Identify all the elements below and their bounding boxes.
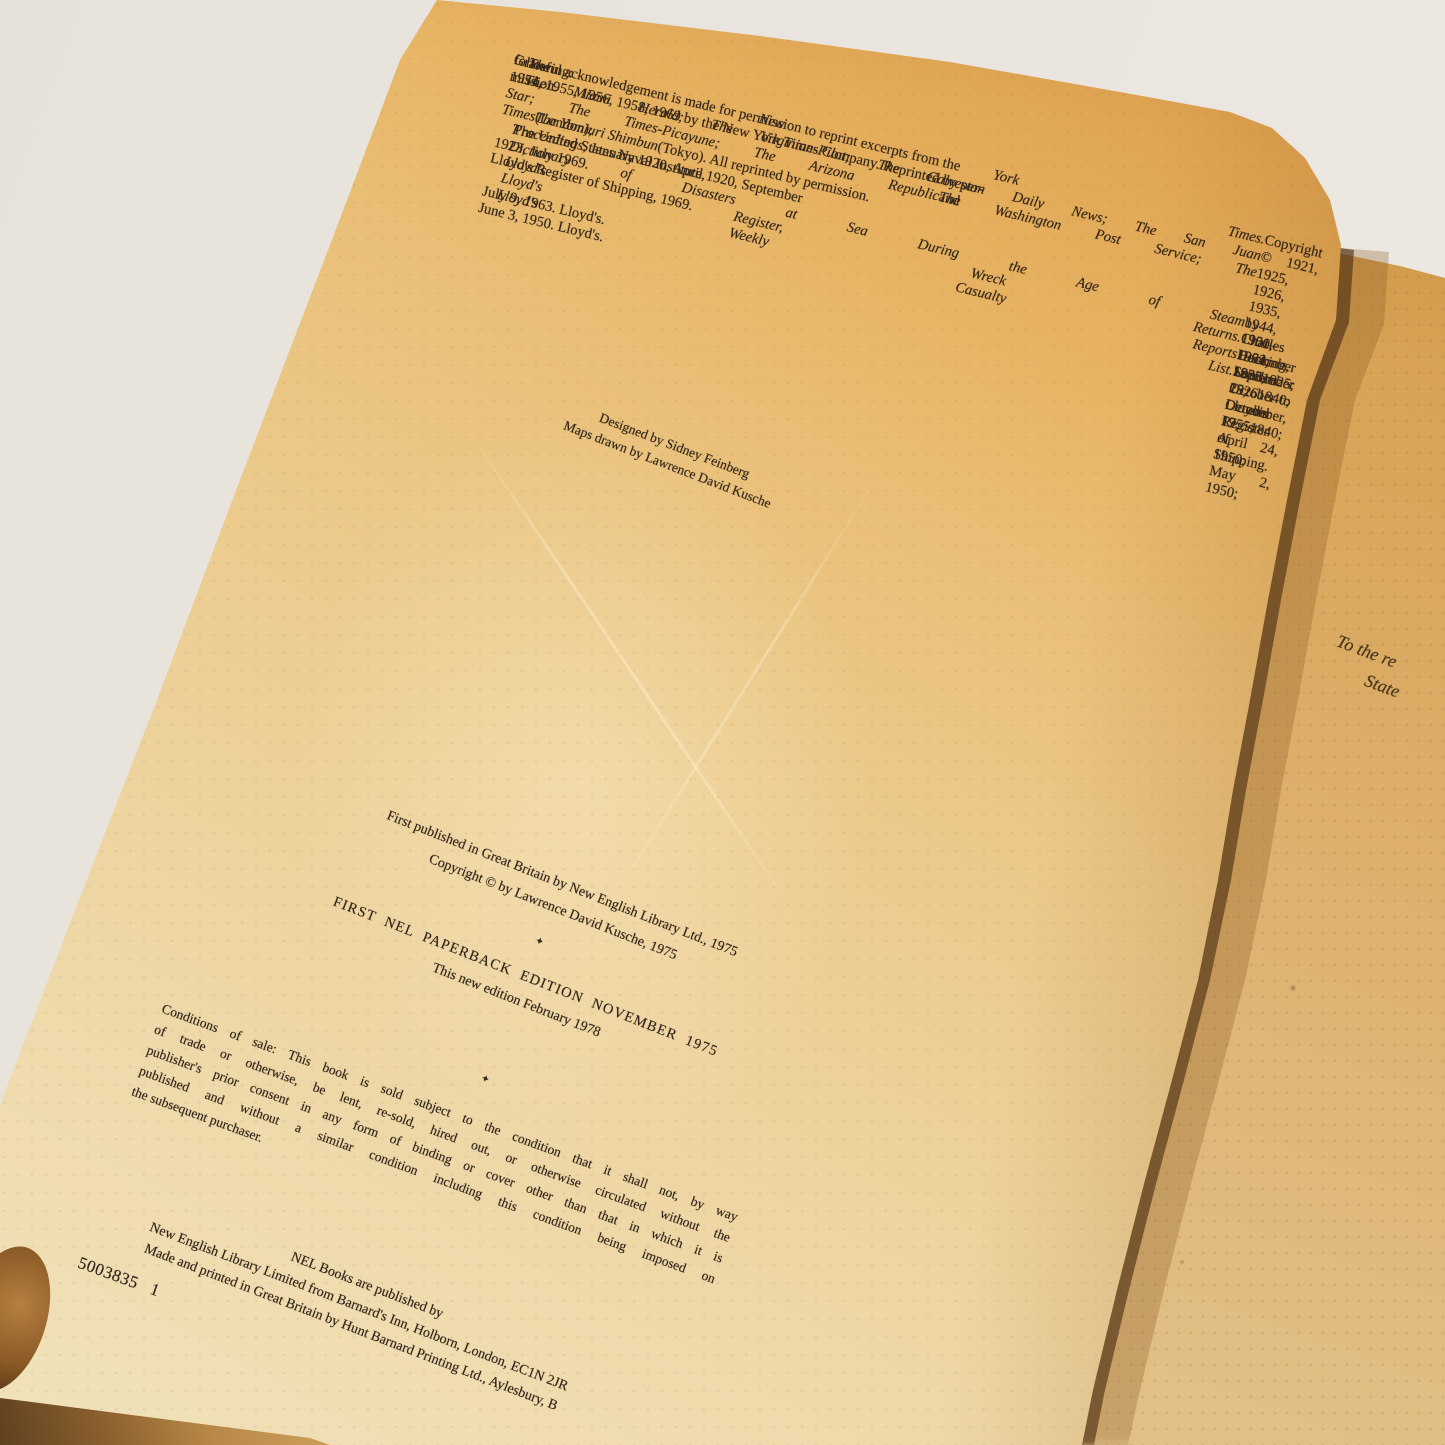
book-photo: Grateful acknowledgement is made for per… bbox=[0, 0, 1445, 1445]
